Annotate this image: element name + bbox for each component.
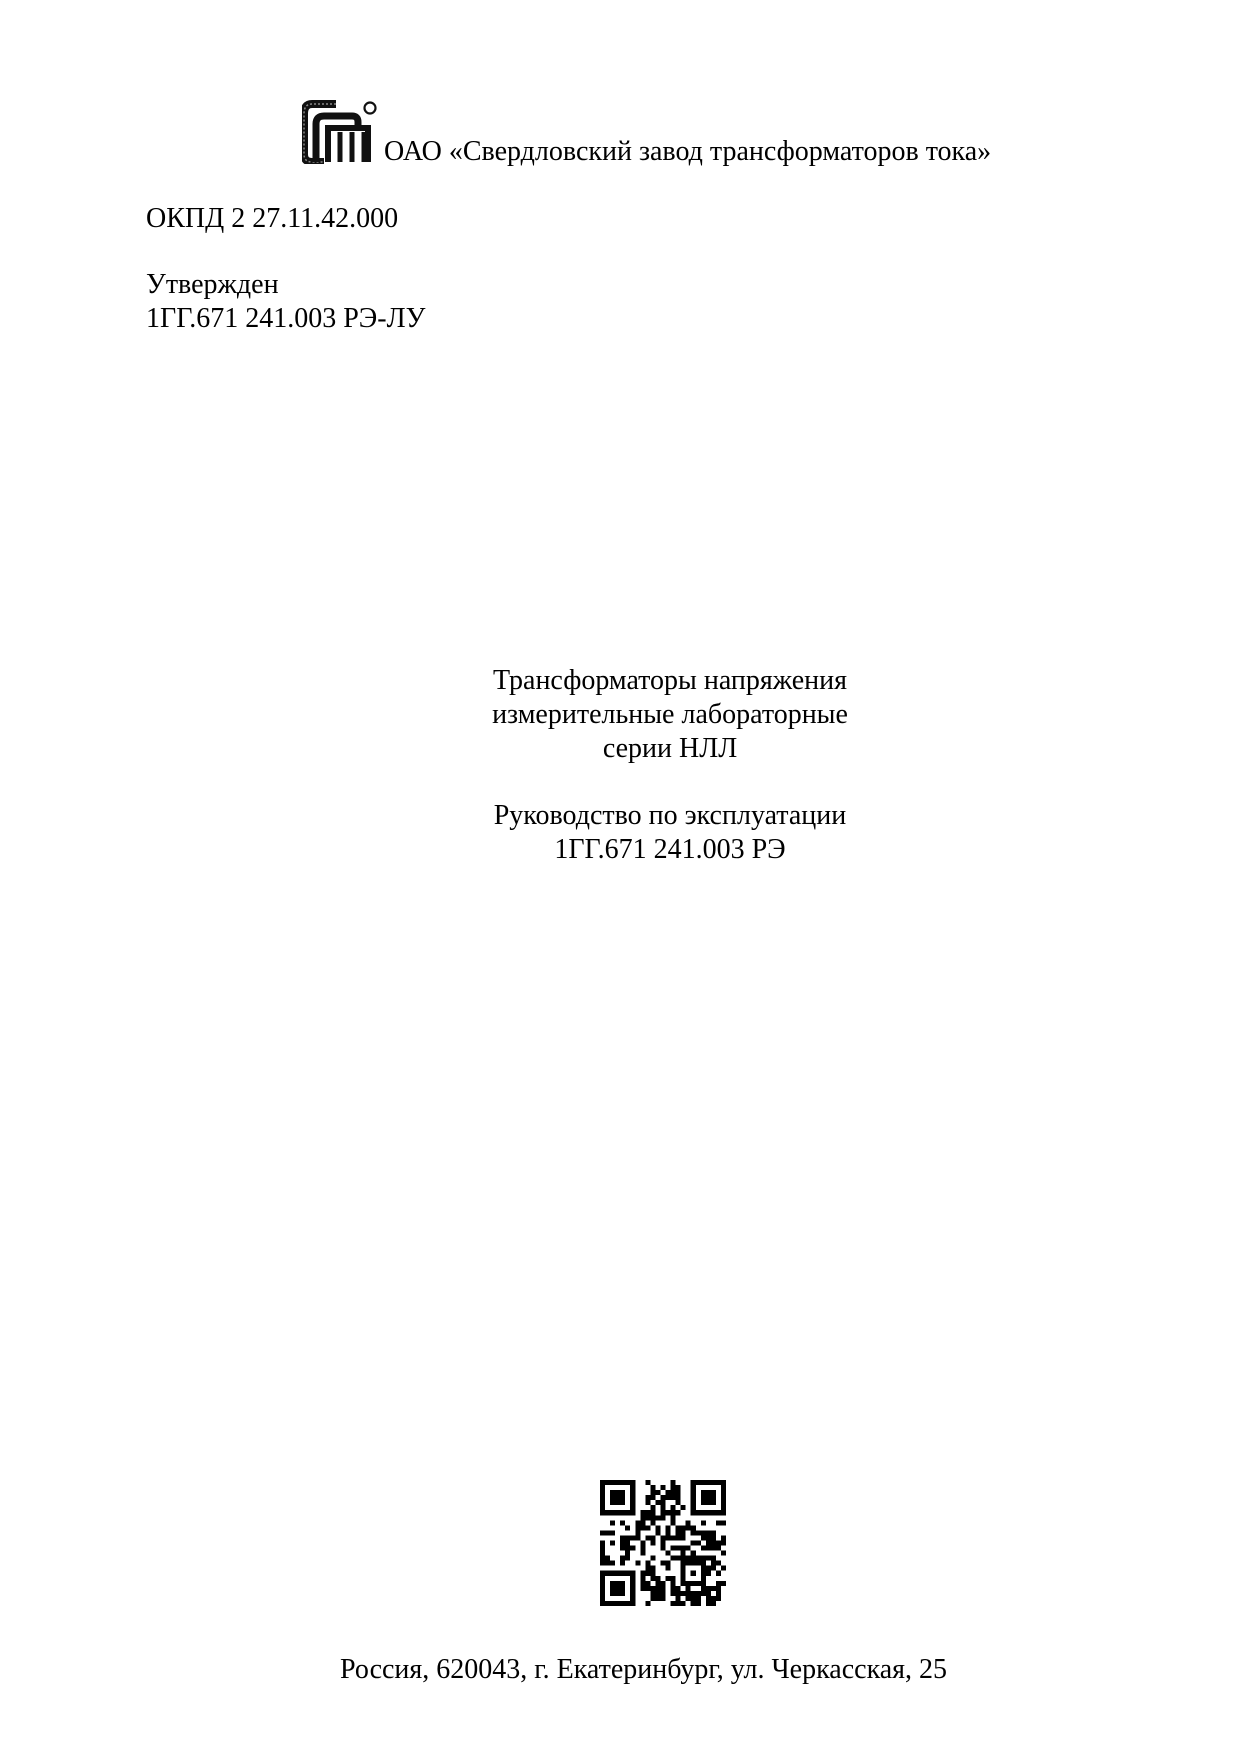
product-title-line-3: серии НЛЛ bbox=[420, 732, 920, 766]
okpd-code: ОКПД 2 27.11.42.000 bbox=[146, 202, 398, 236]
qr-code-icon bbox=[600, 1480, 726, 1606]
product-title-line-1: Трансформаторы напряжения bbox=[420, 664, 920, 698]
product-title-line-2: измерительные лабораторные bbox=[420, 698, 920, 732]
document-title-block: Трансформаторы напряжения измерительные … bbox=[420, 664, 920, 867]
document-type: Руководство по эксплуатации bbox=[420, 799, 920, 833]
company-address: Россия, 620043, г. Екатеринбург, ул. Чер… bbox=[340, 1653, 947, 1687]
company-name: ОАО «Свердловский завод трансформаторов … bbox=[384, 135, 991, 169]
company-logo-icon bbox=[302, 98, 380, 164]
document-code: 1ГГ.671 241.003 РЭ bbox=[420, 833, 920, 867]
approved-label: Утвержден bbox=[146, 268, 279, 302]
approved-code: 1ГГ.671 241.003 РЭ-ЛУ bbox=[146, 302, 425, 336]
